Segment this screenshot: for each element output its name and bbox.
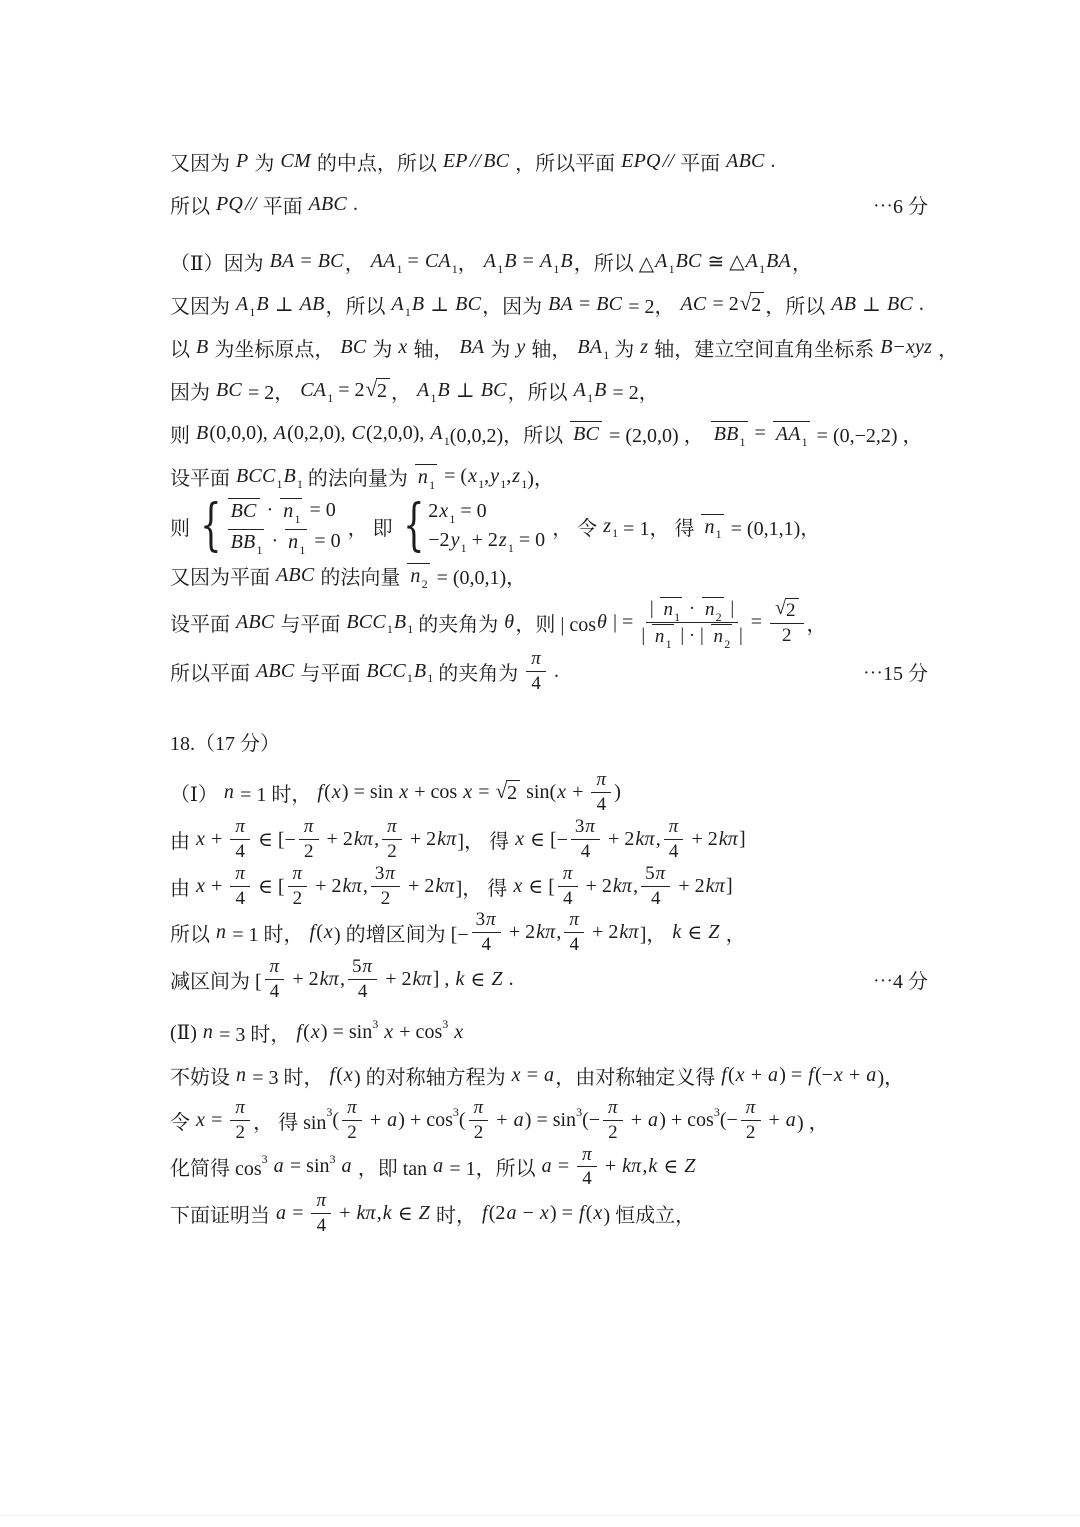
fraction-denominator: | n1 | · | n2 | xyxy=(641,623,742,648)
solution-page: 又因为 P 为 CM 的中点，所以 EP//BC ，所以平面 EPQ// 平面 … xyxy=(0,0,1080,1527)
fraction-denominator: 2 xyxy=(381,887,391,910)
math-variable: kπ xyxy=(342,875,363,898)
fraction-numerator: √2 xyxy=(770,598,803,625)
text: 不妨设 xyxy=(170,1061,235,1090)
line-content: （Ⅰ） n = 1 时， f(x) = sin x + cos x = √2 s… xyxy=(170,769,621,816)
vector-overline: n2 xyxy=(702,597,724,621)
math-variable: π xyxy=(581,1144,593,1166)
text: )， xyxy=(527,462,554,491)
math-variable: B xyxy=(879,336,893,359)
math-variable: BA xyxy=(269,250,296,273)
math-variable: B xyxy=(195,336,209,359)
text: + 2 xyxy=(581,875,612,898)
math-variable: x xyxy=(592,1202,603,1225)
text: ，由对称轴定义得 xyxy=(555,1061,720,1090)
text: 4 xyxy=(317,1215,327,1237)
line-content: 则 {BC · n1 = 0BB1 · n1 = 0 ， 即 {2x1 = 0−… xyxy=(170,498,820,554)
text: ， xyxy=(792,247,812,276)
text: = xyxy=(206,1109,227,1132)
text: 与平面 xyxy=(275,608,345,637)
math-variable: n xyxy=(223,781,235,804)
line-content: 令 x = π2， 得 sin3(π2 + a) + cos3(π2 + a) … xyxy=(170,1097,829,1144)
line-normal-vector-setup: 设平面 BCC1B1 的法向量为 n1 = (x1,y1,z1)， xyxy=(170,455,928,498)
math-variable: x xyxy=(556,781,567,804)
math-variable: n xyxy=(282,500,294,523)
subscript: 1 xyxy=(740,436,746,448)
text: , xyxy=(340,968,345,991)
text: 则 xyxy=(170,512,195,541)
vector-overline: BB1 xyxy=(228,529,265,554)
fraction-denominator: 4 xyxy=(570,933,580,956)
fraction-denominator: 4 xyxy=(597,793,607,816)
subscript: 1 xyxy=(427,672,433,684)
subscript: 1 xyxy=(405,306,411,318)
text: ， xyxy=(391,376,416,405)
fraction-numerator: π xyxy=(299,816,319,840)
math-variable: ABC xyxy=(275,564,315,587)
vector-overline: AA1 xyxy=(773,421,810,446)
line-content: 18.（17 分） xyxy=(170,727,280,756)
fraction-numerator: π xyxy=(265,956,285,980)
text: + xyxy=(567,781,588,804)
text: ，所以平面 xyxy=(510,147,620,176)
math-variable: a xyxy=(785,1109,797,1132)
subscript: 1 xyxy=(478,478,484,490)
equation-cases: {2x1 = 0−2y1 + 2z1 = 0 xyxy=(400,500,546,552)
text: = 3 时， xyxy=(247,1061,328,1090)
text: 平面 xyxy=(258,190,308,219)
text: . xyxy=(348,193,358,216)
fraction-numerator: π xyxy=(288,863,308,887)
math-variable: xyz xyxy=(905,336,933,359)
text: ∈ [− xyxy=(525,827,568,852)
fraction: 5π4 xyxy=(641,863,670,910)
line-content: 由 x + π4 ∈ [π2 + 2kπ,3π2 + 2kπ]， 得 x ∈ [… xyxy=(170,863,733,910)
fraction-denominator: 2 xyxy=(387,840,397,863)
fraction-denominator: 4 xyxy=(669,840,679,863)
line-content: 设平面 BCC1B1 的法向量为 n1 = (x1,y1,z1)， xyxy=(170,462,554,491)
math-variable: AA xyxy=(775,423,802,446)
text: (0,2,0), xyxy=(287,422,350,445)
text: + xyxy=(206,828,227,851)
text: ( xyxy=(324,781,331,804)
math-variable: x xyxy=(331,781,342,804)
fraction: 3π2 xyxy=(371,863,400,910)
text: = 1，所以 xyxy=(444,1152,540,1181)
text: , xyxy=(556,921,561,944)
text: ， 得 sin xyxy=(253,1106,326,1135)
subscript: 1 xyxy=(759,263,765,275)
math-variable: B xyxy=(283,465,297,488)
fraction-numerator: π xyxy=(603,1097,623,1121)
math-variable: A xyxy=(273,422,287,445)
fraction-numerator: | n1 · n2 | xyxy=(646,597,738,623)
math-variable: x xyxy=(195,875,206,898)
text: ( xyxy=(316,921,323,944)
text: 与平面 xyxy=(295,657,365,686)
math-variable: k xyxy=(647,1155,658,1178)
text: = 2， xyxy=(243,376,299,405)
text: 2 xyxy=(235,1122,245,1144)
sqrt-content: 2 xyxy=(376,378,390,404)
math-variable: f xyxy=(481,1202,489,1225)
text: ( xyxy=(586,1202,593,1225)
text: 为 xyxy=(367,333,397,362)
vector-overline: n2 xyxy=(711,624,733,648)
text: 5 xyxy=(352,956,362,978)
math-variable: x xyxy=(343,1064,354,1087)
math-variable: x xyxy=(453,1021,464,1044)
text: （Ⅰ） xyxy=(170,778,223,807)
text: = 1 时， xyxy=(235,778,316,807)
line-part2-congruent: （Ⅱ）因为 BA = BC， AA1 = CA1， A1B = A1B，所以 △… xyxy=(170,240,928,283)
text: 18.（17 分） xyxy=(170,727,280,756)
text: + 2 xyxy=(504,921,535,944)
text: 令 xyxy=(170,1106,195,1135)
text: 2 xyxy=(507,782,517,804)
fraction-denominator: 4 xyxy=(582,1167,592,1190)
line-content: 下面证明当 a = π4 + kπ,k ∈ Z 时， f(2a − x) = f… xyxy=(170,1190,695,1237)
math-variable: kπ xyxy=(705,875,726,898)
math-variable: BC xyxy=(482,150,510,173)
line-content: 因为 BC = 2， CA1 = 2√2， A1B ⊥ BC，所以 A1B = … xyxy=(170,376,659,405)
subscript: 1 xyxy=(521,478,527,490)
text: （Ⅱ）因为 xyxy=(170,247,269,276)
math-variable: A xyxy=(654,250,668,273)
math-variable: π xyxy=(292,863,304,885)
text: 为 xyxy=(609,333,639,362)
math-variable: kπ xyxy=(434,875,455,898)
text: + 2 xyxy=(467,529,498,552)
subscript: 1 xyxy=(299,544,305,556)
math-variable: n xyxy=(202,1021,214,1044)
text: ∈ [ xyxy=(253,874,284,899)
text: = sin xyxy=(285,1155,330,1178)
text: . xyxy=(914,293,924,316)
math-variable: kπ xyxy=(612,875,633,898)
math-variable: f xyxy=(316,781,324,804)
text: 由 xyxy=(170,825,195,854)
line-content: 所以平面 ABC 与平面 BCC1B1 的夹角为 π4 . xyxy=(170,648,559,695)
fraction: π4 xyxy=(591,769,611,816)
math-variable: EPQ xyxy=(620,150,661,173)
line-decrease-interval: 减区间为 [π4 + 2kπ,5π4 + 2kπ] , k ∈ Z .⋯4 分 xyxy=(170,956,928,1003)
fraction: π2 xyxy=(741,1097,761,1144)
text: 2 xyxy=(304,841,314,863)
fraction-denominator: 2 xyxy=(608,1121,618,1144)
math-variable: a xyxy=(647,1109,659,1132)
text: . xyxy=(504,968,514,991)
math-variable: θ xyxy=(596,611,608,634)
text: = 0 xyxy=(514,529,545,552)
subscript: 1 xyxy=(452,263,458,275)
math-variable: n xyxy=(713,626,725,648)
text: ，所以 xyxy=(508,376,573,405)
text: ， xyxy=(345,247,370,276)
math-variable: kπ xyxy=(411,968,432,991)
math-variable: a xyxy=(432,1155,444,1178)
line-increase-interval: 所以 n = 1 时， f(x) 的增区间为 [−3π4 + 2kπ,π4 + … xyxy=(170,909,928,956)
math-variable: π xyxy=(234,863,246,885)
text: ≅ △ xyxy=(703,249,745,274)
math-variable: EP xyxy=(442,150,469,173)
text: 则 xyxy=(170,419,195,448)
subscript: 1 xyxy=(802,436,808,448)
text: 减区间为 [ xyxy=(170,965,262,994)
text: − xyxy=(894,336,905,359)
math-variable: BA xyxy=(547,293,574,316)
text: 2 xyxy=(608,1122,618,1144)
text: = xyxy=(522,1064,543,1087)
math-variable: Z xyxy=(707,921,720,944)
math-variable: AB xyxy=(830,293,857,316)
math-variable: kπ xyxy=(634,828,655,851)
math-variable: x xyxy=(735,1064,746,1087)
text: sin( xyxy=(521,781,556,804)
subscript: 1 xyxy=(508,542,514,554)
text: 设平面 xyxy=(170,462,235,491)
text: ) 的增区间为 [− xyxy=(334,918,469,947)
math-variable: B xyxy=(413,660,427,683)
math-variable: A xyxy=(745,250,759,273)
math-variable: BC xyxy=(317,250,345,273)
text: 2 xyxy=(428,500,438,523)
text: 的法向量 xyxy=(315,561,405,590)
math-variable: π xyxy=(361,956,373,978)
text: 又因为 xyxy=(170,147,235,176)
math-variable: kπ xyxy=(718,828,739,851)
text: ，则 | cos xyxy=(515,608,596,637)
text: ]， xyxy=(640,918,672,947)
math-variable: x xyxy=(511,1064,522,1087)
fraction-numerator: 3π xyxy=(371,863,400,887)
text: −2 xyxy=(428,529,449,552)
math-variable: π xyxy=(655,863,667,885)
math-variable: Z xyxy=(683,1155,696,1178)
text: . xyxy=(549,660,559,683)
text: 下面证明当 xyxy=(170,1199,275,1228)
text: − xyxy=(518,1202,539,1225)
line-content: 又因为 P 为 CM 的中点，所以 EP//BC ，所以平面 EPQ// 平面 … xyxy=(170,147,776,176)
math-variable: ABC xyxy=(255,660,295,683)
fraction-numerator: π xyxy=(230,863,250,887)
math-variable: a xyxy=(505,1202,517,1225)
text: 化简得 cos xyxy=(170,1152,262,1181)
line-content: 则 B(0,0,0), A(0,2,0), C(2,0,0), A1(0,0,2… xyxy=(170,419,923,448)
cases-rows: 2x1 = 0−2y1 + 2z1 = 0 xyxy=(428,500,545,552)
fraction-denominator: 4 xyxy=(481,933,491,956)
text: 2 xyxy=(381,888,391,910)
fraction-denominator: 4 xyxy=(270,980,280,1003)
subscript: 1 xyxy=(297,478,303,490)
text: + 2 xyxy=(673,875,704,898)
text: ， xyxy=(933,333,958,362)
subscript: 1 xyxy=(674,611,680,623)
math-variable: x xyxy=(195,1109,206,1132)
superscript: 3 xyxy=(330,1153,336,1165)
fraction-numerator: 3π xyxy=(571,816,600,840)
text: = xyxy=(473,781,494,804)
math-variable: x xyxy=(539,1202,550,1225)
math-variable: π xyxy=(346,1097,358,1119)
math-variable: kπ xyxy=(353,828,374,851)
text: ( xyxy=(332,1109,339,1132)
math-variable: x xyxy=(195,828,206,851)
vector-overline: n1 xyxy=(660,597,682,621)
text: ∈ xyxy=(466,967,491,992)
fraction: π2 xyxy=(342,1097,362,1144)
text: | xyxy=(734,625,743,647)
text: 的夹角为 xyxy=(413,608,503,637)
math-variable: x xyxy=(310,1021,321,1044)
text: (0,0,2)，所以 xyxy=(450,419,568,448)
text: = 2 xyxy=(333,379,364,402)
line-tan-a: 化简得 cos3 a = sin3 a ，即 tan a = 1，所以 a = … xyxy=(170,1144,928,1191)
fraction: π4 xyxy=(230,863,250,910)
score-marker: ⋯4 分 xyxy=(853,965,928,994)
text: 又因为 xyxy=(170,290,235,319)
text: ]， 得 xyxy=(457,825,514,854)
text: + xyxy=(844,1064,865,1087)
text: 4 xyxy=(235,888,245,910)
vector-overline: n1 xyxy=(285,529,307,554)
subscript: 2 xyxy=(716,611,722,623)
fraction: π2 xyxy=(299,816,319,863)
text: (Ⅱ) xyxy=(170,1020,202,1045)
text: = (2,0,0) ， xyxy=(604,419,709,448)
math-variable: π xyxy=(386,816,398,838)
fraction-numerator: π xyxy=(558,863,578,887)
vector-overline: n1 xyxy=(415,464,437,489)
text: (2 xyxy=(489,1202,506,1225)
text: ) xyxy=(614,781,621,804)
fraction-denominator: 4 xyxy=(235,840,245,863)
text: 所以 xyxy=(170,918,215,947)
text: = ( xyxy=(439,465,467,488)
text: ， xyxy=(807,608,827,637)
subscript: 1 xyxy=(429,479,435,491)
math-variable: kπ xyxy=(436,828,457,851)
score-marker: ⋯6 分 xyxy=(853,190,928,219)
text: = (0,−2,2) ， xyxy=(812,419,923,448)
text: = 1， 得 xyxy=(618,512,699,541)
subscript: 1 xyxy=(430,392,436,404)
sqrt-content: 2 xyxy=(750,292,764,318)
math-variable: n xyxy=(235,1064,247,1087)
fraction-numerator: π xyxy=(382,816,402,840)
cases-row: 2x1 = 0 xyxy=(428,500,486,523)
math-variable: B xyxy=(593,379,607,402)
math-variable: A xyxy=(235,293,249,316)
math-variable: π xyxy=(530,648,542,670)
math-variable: BCC xyxy=(345,611,387,634)
text: ∈ xyxy=(393,1201,418,1226)
text: | xyxy=(650,598,659,620)
text: ∈ xyxy=(682,920,707,945)
text: ， 即 xyxy=(343,512,398,541)
text: + 2 xyxy=(686,828,717,851)
math-variable: BB xyxy=(713,423,740,446)
text: ) = sin xyxy=(342,781,398,804)
subscript: 1 xyxy=(587,392,593,404)
text: ]， 得 xyxy=(456,872,513,901)
text: | xyxy=(726,598,735,620)
math-variable: B xyxy=(393,611,407,634)
cases-rows: BC · n1 = 0BB1 · n1 = 0 xyxy=(226,498,341,554)
math-variable: x xyxy=(512,875,523,898)
fraction-denominator: 4 xyxy=(235,887,245,910)
text: = xyxy=(287,1202,308,1225)
math-variable: n xyxy=(703,516,715,539)
fraction-numerator: π xyxy=(577,1144,597,1168)
math-variable: f xyxy=(720,1064,728,1087)
math-variable: // xyxy=(662,150,676,173)
line-equation-system: 则 {BC · n1 = 0BB1 · n1 = 0 ， 即 {2x1 = 0−… xyxy=(170,498,928,554)
text: = 0 xyxy=(309,530,340,553)
text: , xyxy=(374,828,379,851)
math-variable: π xyxy=(384,863,396,885)
math-variable: kπ xyxy=(621,1155,642,1178)
text: (− xyxy=(582,1109,600,1132)
line-q18-header: 18.（17 分） xyxy=(170,720,928,763)
line-content: 不妨设 n = 3 时， f(x) 的对称轴方程为 x = a，由对称轴定义得 … xyxy=(170,1061,904,1090)
math-variable: A xyxy=(573,379,587,402)
text: 2 xyxy=(782,625,792,647)
line-part1-fx: （Ⅰ） n = 1 时， f(x) = sin x + cos x = √2 s… xyxy=(170,769,928,816)
text: ⊥ xyxy=(270,292,299,317)
text: 轴， xyxy=(408,333,458,362)
text: = (0,1,1)， xyxy=(726,512,821,541)
math-variable: a xyxy=(386,1109,398,1132)
math-variable: kπ xyxy=(355,1202,376,1225)
math-variable: AB xyxy=(299,293,326,316)
text: + 2 xyxy=(322,828,353,851)
math-variable: kπ xyxy=(535,921,556,944)
math-variable: π xyxy=(568,909,580,931)
subscript: 1 xyxy=(603,349,609,361)
equation-cases: {BC · n1 = 0BB1 · n1 = 0 xyxy=(197,498,341,554)
text: = xyxy=(295,250,316,273)
math-variable: BC xyxy=(675,250,703,273)
math-variable: π xyxy=(584,816,596,838)
math-variable: y xyxy=(489,465,500,488)
line-prove-identity: 下面证明当 a = π4 + kπ,k ∈ Z 时， f(2a − x) = f… xyxy=(170,1190,928,1237)
fraction: π4 xyxy=(664,816,684,863)
text: ( xyxy=(459,1109,466,1132)
text: ， xyxy=(721,918,746,947)
subscript: 1 xyxy=(277,478,283,490)
text: ) = sin xyxy=(525,1109,576,1132)
fraction: π2 xyxy=(469,1097,489,1144)
text: = 2 xyxy=(707,293,738,316)
math-variable: BCC xyxy=(365,660,407,683)
math-variable: x xyxy=(438,500,449,523)
fraction-denominator: 2 xyxy=(293,887,303,910)
text: 3 xyxy=(575,816,585,838)
math-variable: f xyxy=(807,1064,815,1087)
text: 的中点，所以 xyxy=(312,147,442,176)
text: + 2 xyxy=(603,828,634,851)
text: = 2， xyxy=(608,376,659,405)
text: + 2 xyxy=(405,828,436,851)
line-angle-result: 所以平面 ABC 与平面 BCC1B1 的夹角为 π4 .⋯15 分 xyxy=(170,648,928,695)
math-variable: ABC xyxy=(308,193,348,216)
fraction-numerator: 3π xyxy=(472,909,501,933)
text: 所以 xyxy=(170,190,215,219)
text: 4 xyxy=(669,841,679,863)
text: ) = sin xyxy=(321,1021,372,1044)
text: ) + cos xyxy=(398,1109,453,1132)
